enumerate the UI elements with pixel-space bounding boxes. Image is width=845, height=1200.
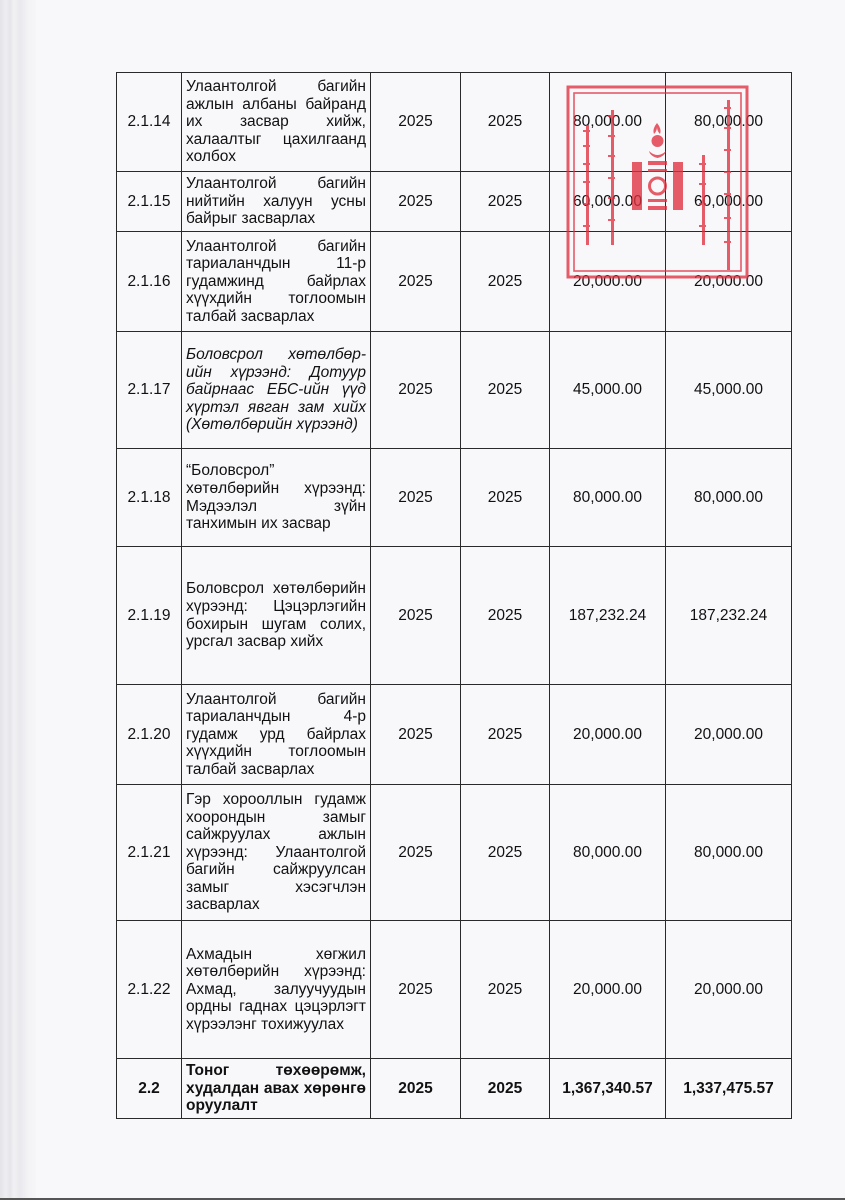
row-code: 2.1.21	[117, 785, 182, 921]
row-start-year: 2025	[371, 547, 461, 685]
row-total-amount: 80,000.00	[550, 73, 666, 172]
row-code: 2.1.19	[117, 547, 182, 685]
row-start-year: 2025	[371, 73, 461, 172]
row-description: Улаантолгой багийн тариаланчдын 11-р гуд…	[182, 232, 371, 332]
row-year-amount: 80,000.00	[666, 785, 792, 921]
row-total-amount: 60,000.00	[550, 172, 666, 232]
table-row: 2.1.17Боловсрол хөтөлбөр-ийн хүрээнд: До…	[117, 332, 792, 449]
table-row: 2.1.16Улаантолгой багийн тариаланчдын 11…	[117, 232, 792, 332]
table-row: 2.1.18“Боловсрол” хөтөлбөрийн хүрээнд: М…	[117, 449, 792, 547]
row-year-amount: 80,000.00	[666, 73, 792, 172]
row-end-year: 2025	[461, 547, 550, 685]
row-description: “Боловсрол” хөтөлбөрийн хүрээнд: Мэдээлэ…	[182, 449, 371, 547]
row-total-amount: 80,000.00	[550, 785, 666, 921]
row-year-amount: 60,000.00	[666, 172, 792, 232]
budget-table: 2.1.14Улаантолгой багийн ажлын албаны ба…	[116, 72, 792, 1119]
row-year-amount: 20,000.00	[666, 921, 792, 1059]
row-end-year: 2025	[461, 172, 550, 232]
row-total-amount: 20,000.00	[550, 232, 666, 332]
row-total-amount: 45,000.00	[550, 332, 666, 449]
row-code: 2.1.22	[117, 921, 182, 1059]
row-start-year: 2025	[371, 172, 461, 232]
row-start-year: 2025	[371, 332, 461, 449]
row-code: 2.1.20	[117, 685, 182, 785]
row-end-year: 2025	[461, 449, 550, 547]
table-row: 2.2Тоног төхөөрөмж, худалдан авах хөрөнг…	[117, 1059, 792, 1119]
row-total-amount: 1,367,340.57	[550, 1059, 666, 1119]
row-year-amount: 1,337,475.57	[666, 1059, 792, 1119]
row-description: Тоног төхөөрөмж, худалдан авах хөрөнгө о…	[182, 1059, 371, 1119]
row-start-year: 2025	[371, 1059, 461, 1119]
row-code: 2.2	[117, 1059, 182, 1119]
row-year-amount: 20,000.00	[666, 685, 792, 785]
row-start-year: 2025	[371, 921, 461, 1059]
row-year-amount: 20,000.00	[666, 232, 792, 332]
table-row: 2.1.14Улаантолгой багийн ажлын албаны ба…	[117, 73, 792, 172]
row-description: Гэр хорооллын гудамж хоорондын замыг сай…	[182, 785, 371, 921]
row-end-year: 2025	[461, 232, 550, 332]
table-row: 2.1.15Улаантолгой багийн нийтийн халуун …	[117, 172, 792, 232]
row-end-year: 2025	[461, 332, 550, 449]
row-total-amount: 20,000.00	[550, 685, 666, 785]
row-end-year: 2025	[461, 785, 550, 921]
row-description: Улаантолгой багийн тариаланчдын 4-р гуда…	[182, 685, 371, 785]
table-row: 2.1.20Улаантолгой багийн тариаланчдын 4-…	[117, 685, 792, 785]
row-code: 2.1.17	[117, 332, 182, 449]
row-end-year: 2025	[461, 73, 550, 172]
row-total-amount: 80,000.00	[550, 449, 666, 547]
row-year-amount: 45,000.00	[666, 332, 792, 449]
row-end-year: 2025	[461, 685, 550, 785]
row-start-year: 2025	[371, 232, 461, 332]
row-total-amount: 187,232.24	[550, 547, 666, 685]
row-end-year: 2025	[461, 921, 550, 1059]
row-description: Боловсрол хөтөлбөр-ийн хүрээнд: Дотуур б…	[182, 332, 371, 449]
row-description: Улаантолгой багийн ажлын албаны байранд …	[182, 73, 371, 172]
row-total-amount: 20,000.00	[550, 921, 666, 1059]
row-description: Боловсрол хөтөлбөрийн хүрээнд: Цэцэрлэги…	[182, 547, 371, 685]
table-row: 2.1.21Гэр хорооллын гудамж хоорондын зам…	[117, 785, 792, 921]
row-description: Улаантолгой багийн нийтийн халуун усны б…	[182, 172, 371, 232]
table-row: 2.1.22Ахмадын хөгжил хөтөлбөрийн хүрээнд…	[117, 921, 792, 1059]
table-row: 2.1.19Боловсрол хөтөлбөрийн хүрээнд: Цэц…	[117, 547, 792, 685]
row-start-year: 2025	[371, 449, 461, 547]
row-end-year: 2025	[461, 1059, 550, 1119]
scan-margin-shadow	[0, 0, 36, 1200]
row-year-amount: 187,232.24	[666, 547, 792, 685]
row-code: 2.1.18	[117, 449, 182, 547]
row-code: 2.1.14	[117, 73, 182, 172]
row-code: 2.1.16	[117, 232, 182, 332]
document-page: 2.1.14Улаантолгой багийн ажлын албаны ба…	[0, 0, 845, 1200]
row-year-amount: 80,000.00	[666, 449, 792, 547]
row-code: 2.1.15	[117, 172, 182, 232]
row-description: Ахмадын хөгжил хөтөлбөрийн хүрээнд: Ахма…	[182, 921, 371, 1059]
row-start-year: 2025	[371, 785, 461, 921]
row-start-year: 2025	[371, 685, 461, 785]
